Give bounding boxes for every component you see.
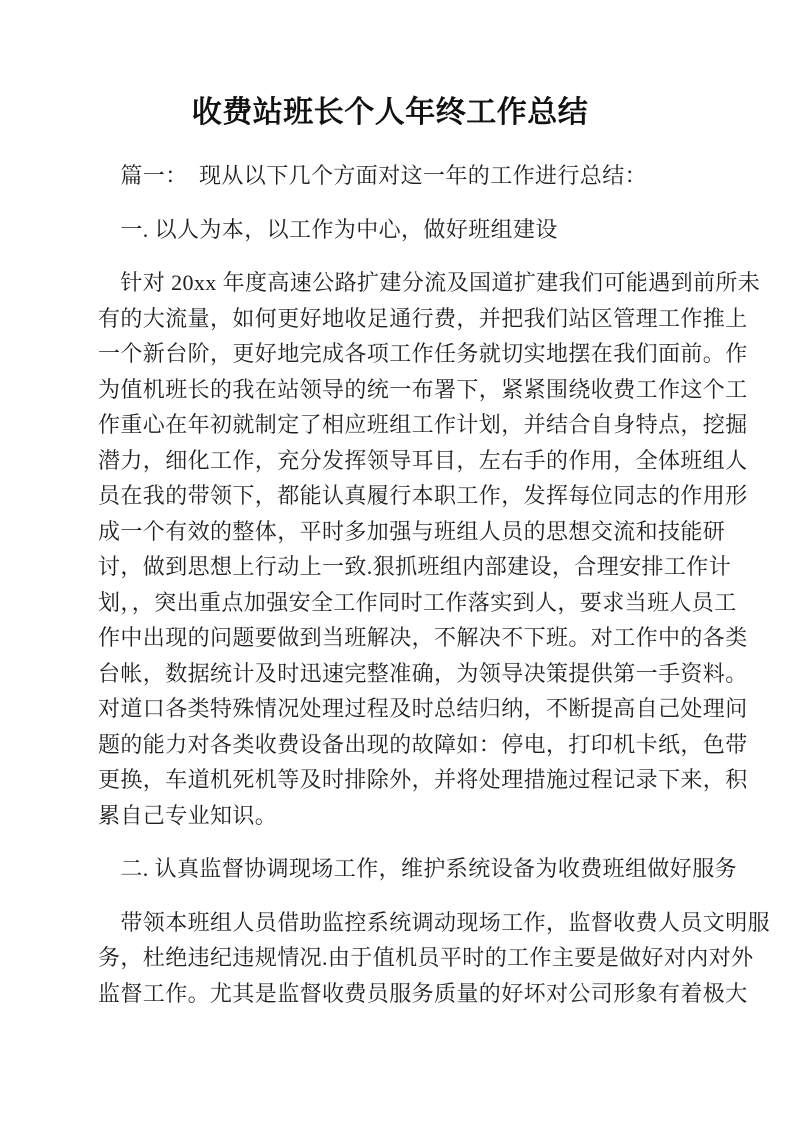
text-line: 带领本班组人员借助监控系统调动现场工作，监督收费人员文明服 (98, 905, 682, 941)
text-line: 作重心在年初就制定了相应班组工作计划，并结合自身特点，挖掘 (98, 407, 682, 443)
text-line: 对道口各类特殊情况处理过程及时总结归纳，不断提高自己处理问 (98, 691, 682, 727)
text-line: 更换，车道机死机等及时排除外，并将处理措施过程记录下来，积 (98, 762, 682, 798)
document-page: 收费站班长个人年终工作总结 篇一： 现从以下几个方面对这一年的工作进行总结： 一… (0, 0, 793, 1122)
text-line: 一. 以人为本，以工作为中心，做好班组建设 (98, 212, 682, 248)
text-line: 为值机班长的我在站领导的统一布署下，紧紧围绕收费工作这个工 (98, 372, 682, 408)
intro-line: 篇一： 现从以下几个方面对这一年的工作进行总结： (98, 158, 682, 194)
text-line: 针对 20xx 年度高速公路扩建分流及国道扩建我们可能遇到前所未 (98, 265, 682, 301)
section-heading-1: 一. 以人为本，以工作为中心，做好班组建设 (98, 212, 682, 248)
paragraph-1: 针对 20xx 年度高速公路扩建分流及国道扩建我们可能遇到前所未有的大流量，如何… (98, 265, 682, 833)
text-line: 篇一： 现从以下几个方面对这一年的工作进行总结： (98, 158, 682, 194)
paragraph-2: 带领本班组人员借助监控系统调动现场工作，监督收费人员文明服务，杜绝违纪违规情况.… (98, 905, 682, 1012)
text-line: 潜力，细化工作，充分发挥领导耳目，左右手的作用，全体班组人 (98, 443, 682, 479)
section-heading-2: 二. 认真监督协调现场工作，维护系统设备为收费班组做好服务 (98, 851, 682, 887)
text-line: 监督工作。尤其是监督收费员服务质量的好坏对公司形象有着极大 (98, 976, 682, 1012)
text-line: 累自己专业知识。 (98, 798, 682, 834)
text-line: 一个新台阶，更好地完成各项工作任务就切实地摆在我们面前。作 (98, 336, 682, 372)
text-line: 作中出现的问题要做到当班解决，不解决不下班。对工作中的各类 (98, 620, 682, 656)
text-line: 题的能力对各类收费设备出现的故障如：停电，打印机卡纸，色带 (98, 727, 682, 763)
text-line: 台帐，数据统计及时迅速完整准确，为领导决策提供第一手资料。 (98, 656, 682, 692)
text-line: 员在我的带领下，都能认真履行本职工作，发挥每位同志的作用形 (98, 478, 682, 514)
text-line: 有的大流量，如何更好地收足通行费，并把我们站区管理工作推上 (98, 301, 682, 337)
text-line: 务，杜绝违纪违规情况.由于值机员平时的工作主要是做好对内对外 (98, 940, 682, 976)
document-title: 收费站班长个人年终工作总结 (98, 92, 682, 134)
text-line: 划，，突出重点加强安全工作同时工作落实到人，要求当班人员工 (98, 585, 682, 621)
text-line: 成一个有效的整体，平时多加强与班组人员的思想交流和技能研 (98, 514, 682, 550)
text-line: 讨，做到思想上行动上一致.狠抓班组内部建设，合理安排工作计 (98, 549, 682, 585)
text-line: 二. 认真监督协调现场工作，维护系统设备为收费班组做好服务 (98, 851, 682, 887)
